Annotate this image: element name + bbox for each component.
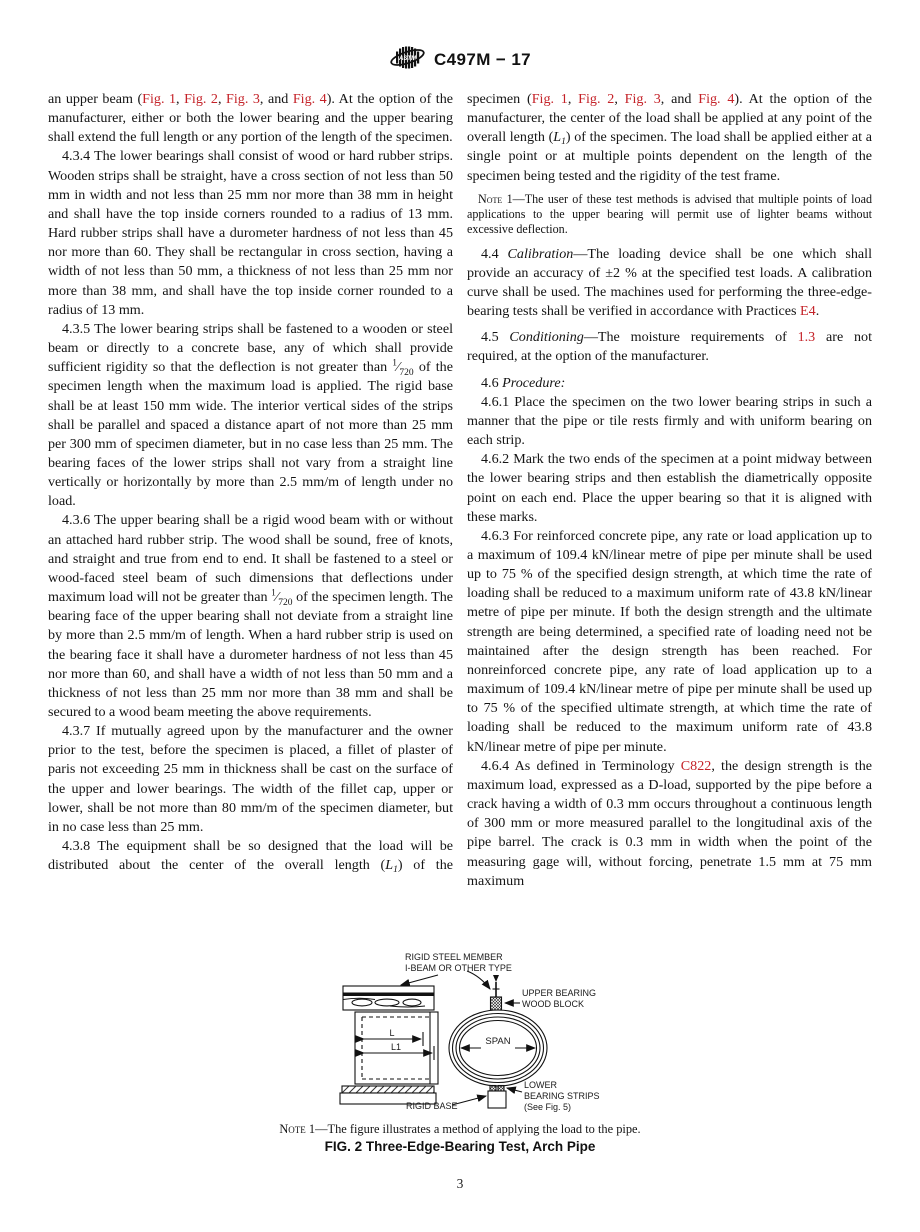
figure-caption: FIG. 2 Three-Edge-Bearing Test, Arch Pip… xyxy=(0,1139,920,1154)
document-page: ASTM C497M − 17 an upper beam (Fig. 1, F… xyxy=(0,0,920,1232)
text-run: , and xyxy=(661,91,698,107)
rigid-steel-member-label-line2: I-BEAM OR OTHER TYPE xyxy=(405,963,512,973)
para-4-6-1: 4.6.1 Place the specimen on the two lowe… xyxy=(467,393,872,450)
para-4-3-4: 4.3.4 The lower bearings shall consist o… xyxy=(48,147,453,319)
side-view xyxy=(340,986,438,1104)
text-run: of the specimen length when the maximum … xyxy=(48,359,453,509)
para-4-3-7: 4.3.7 If mutually agreed upon by the man… xyxy=(48,722,453,837)
upper-bearing-label-line2: WOOD BLOCK xyxy=(522,999,584,1009)
text-run: Note xyxy=(279,1122,305,1136)
text-run: 4.6.3 For reinforced concrete pipe, any … xyxy=(467,528,872,755)
para-4-5: 4.5 Conditioning—The moisture requiremen… xyxy=(467,328,872,366)
text-run: L xyxy=(553,129,561,145)
lower-bearing-label-line3: (See Fig. 5) xyxy=(524,1102,571,1112)
text-run: 4.6 xyxy=(481,375,502,391)
text-run: . xyxy=(816,303,820,319)
reference-link[interactable]: E4 xyxy=(800,303,816,319)
text-run: 720 xyxy=(278,598,292,608)
dim-l1-label: L1 xyxy=(391,1042,401,1052)
para-4-3-8: 4.3.8 The equipment shall be so designed… xyxy=(48,837,453,875)
astm-logo-icon: ASTM xyxy=(389,42,425,78)
text-run: 720 xyxy=(399,368,413,378)
para-4-6-4: 4.6.4 As defined in Terminology C822, th… xyxy=(467,757,872,891)
para-4-3-6: 4.3.6 The upper bearing shall be a rigid… xyxy=(48,511,453,722)
rigid-steel-member-label-line1: RIGID STEEL MEMBER xyxy=(405,952,503,962)
text-run: ) of the xyxy=(398,857,453,873)
text-run: , xyxy=(568,91,578,107)
text-run: Conditioning xyxy=(509,329,583,345)
text-run: , xyxy=(218,91,226,107)
reference-link[interactable]: Fig. 2 xyxy=(578,91,614,107)
text-run: of the specimen length. The bearing face… xyxy=(48,589,453,720)
lower-bearing-label-line1: LOWER xyxy=(524,1080,558,1090)
text-run: 1—The user of these test methods is advi… xyxy=(467,192,872,237)
text-run: Procedure: xyxy=(502,375,565,391)
lower-bearing-label-line2: BEARING STRIPS xyxy=(524,1091,600,1101)
text-run: , xyxy=(614,91,624,107)
right-column: specimen (Fig. 1, Fig. 2, Fig. 3, and Fi… xyxy=(467,90,872,891)
rigid-base-label: RIGID BASE xyxy=(406,1101,458,1111)
text-run: L xyxy=(385,857,393,873)
reference-link[interactable]: Fig. 1 xyxy=(142,91,176,107)
para-4-6-2: 4.6.2 Mark the two ends of the specimen … xyxy=(467,450,872,527)
text-columns: an upper beam (Fig. 1, Fig. 2, Fig. 3, a… xyxy=(48,90,872,891)
text-run: , xyxy=(176,91,184,107)
text-run: specimen ( xyxy=(467,91,532,107)
note-1: Note 1—The user of these test methods is… xyxy=(467,192,872,238)
reference-link[interactable]: Fig. 3 xyxy=(226,91,260,107)
reference-link[interactable]: Fig. 4 xyxy=(293,91,327,107)
text-run: 4.6.1 Place the specimen on the two lowe… xyxy=(467,394,872,448)
reference-link[interactable]: 1.3 xyxy=(798,329,816,345)
text-run: an upper beam ( xyxy=(48,91,142,107)
page-header: ASTM C497M − 17 xyxy=(0,42,920,78)
reference-link[interactable]: Fig. 1 xyxy=(532,91,568,107)
span-label: SPAN xyxy=(485,1036,510,1047)
dim-l-label: L xyxy=(389,1028,394,1038)
text-run: Calibration xyxy=(508,246,574,262)
figure-note: Note 1—The figure illustrates a method o… xyxy=(0,1122,920,1137)
text-run: 4.3.4 The lower bearings shall consist o… xyxy=(48,148,453,317)
para-4-3-8-cont: specimen (Fig. 1, Fig. 2, Fig. 3, and Fi… xyxy=(467,90,872,186)
reference-link[interactable]: C822 xyxy=(681,758,712,774)
para-4-6-3: 4.6.3 For reinforced concrete pipe, any … xyxy=(467,527,872,757)
reference-link[interactable]: Fig. 4 xyxy=(698,91,734,107)
text-run: 4.3.7 If mutually agreed upon by the man… xyxy=(48,723,453,835)
para-4-3-3-cont: an upper beam (Fig. 1, Fig. 2, Fig. 3, a… xyxy=(48,90,453,147)
para-4-6: 4.6 Procedure: xyxy=(467,374,872,393)
para-4-4: 4.4 Calibration—The loading device shall… xyxy=(467,245,872,322)
text-run: 4.6.2 Mark the two ends of the specimen … xyxy=(467,451,872,524)
reference-link[interactable]: Fig. 3 xyxy=(625,91,661,107)
text-run: 4.4 xyxy=(481,246,508,262)
text-run: , and xyxy=(260,91,293,107)
text-run: 4.6.4 As defined in Terminology xyxy=(481,758,681,774)
upper-bearing-label-line1: UPPER BEARING xyxy=(522,988,596,998)
document-code: C497M − 17 xyxy=(434,50,531,70)
text-run: , the design strength is the maximum loa… xyxy=(467,758,872,889)
text-run: 4.5 xyxy=(481,329,509,345)
text-run: 1—The figure illustrates a method of app… xyxy=(306,1122,641,1136)
para-4-3-5: 4.3.5 The lower bearing strips shall be … xyxy=(48,320,453,512)
text-run: Note xyxy=(478,192,502,206)
text-run: —The moisture requirements of xyxy=(584,329,798,345)
reference-link[interactable]: Fig. 2 xyxy=(184,91,218,107)
three-edge-bearing-diagram: L L1 xyxy=(300,946,680,1118)
left-column: an upper beam (Fig. 1, Fig. 2, Fig. 3, a… xyxy=(48,90,453,891)
page-number: 3 xyxy=(0,1176,920,1192)
